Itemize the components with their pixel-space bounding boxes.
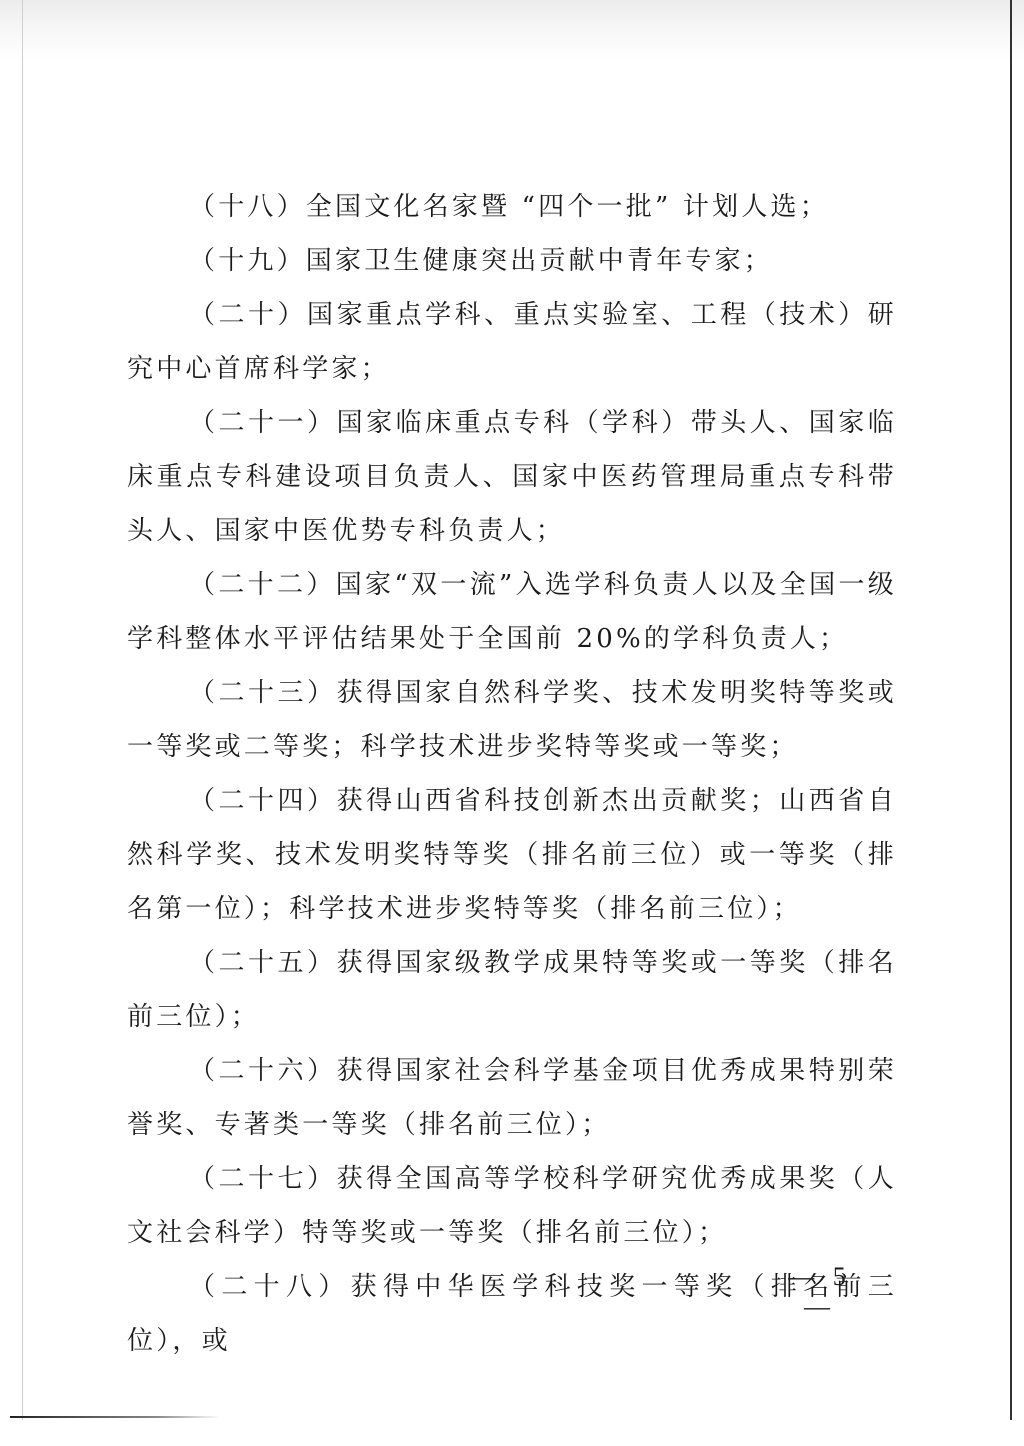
page-right-edge (1010, 0, 1012, 1420)
page-left-edge (22, 0, 23, 1420)
page-bottom-edge (10, 1416, 220, 1418)
list-item-21: （二十一）国家临床重点专科（学科）带头人、国家临床重点专科建设项目负责人、国家中… (127, 396, 897, 558)
list-item-19: （十九）国家卫生健康突出贡献中青年专家； (127, 234, 897, 288)
page-number: — 5 — (770, 1262, 870, 1322)
list-item-26: （二十六）获得国家社会科学基金项目优秀成果特别荣誉奖、专著类一等奖（排名前三位）… (127, 1044, 897, 1152)
list-item-27: （二十七）获得全国高等学校科学研究优秀成果奖（人文社会科学）特等奖或一等奖（排名… (127, 1152, 897, 1260)
list-item-20: （二十）国家重点学科、重点实验室、工程（技术）研究中心首席科学家； (127, 288, 897, 396)
scan-top-shadow (0, 0, 1024, 60)
document-body: （十八）全国文化名家暨 “四个一批” 计划人选； （十九）国家卫生健康突出贡献中… (127, 180, 897, 1368)
list-item-18: （十八）全国文化名家暨 “四个一批” 计划人选； (127, 180, 897, 234)
list-item-25: （二十五）获得国家级教学成果特等奖或一等奖（排名前三位）； (127, 936, 897, 1044)
list-item-23: （二十三）获得国家自然科学奖、技术发明奖特等奖或一等奖或二等奖；科学技术进步奖特… (127, 666, 897, 774)
list-item-24: （二十四）获得山西省科技创新杰出贡献奖；山西省自然科学奖、技术发明奖特等奖（排名… (127, 774, 897, 936)
list-item-22: （二十二）国家“双一流”入选学科负责人以及全国一级学科整体水平评估结果处于全国前… (127, 558, 897, 666)
